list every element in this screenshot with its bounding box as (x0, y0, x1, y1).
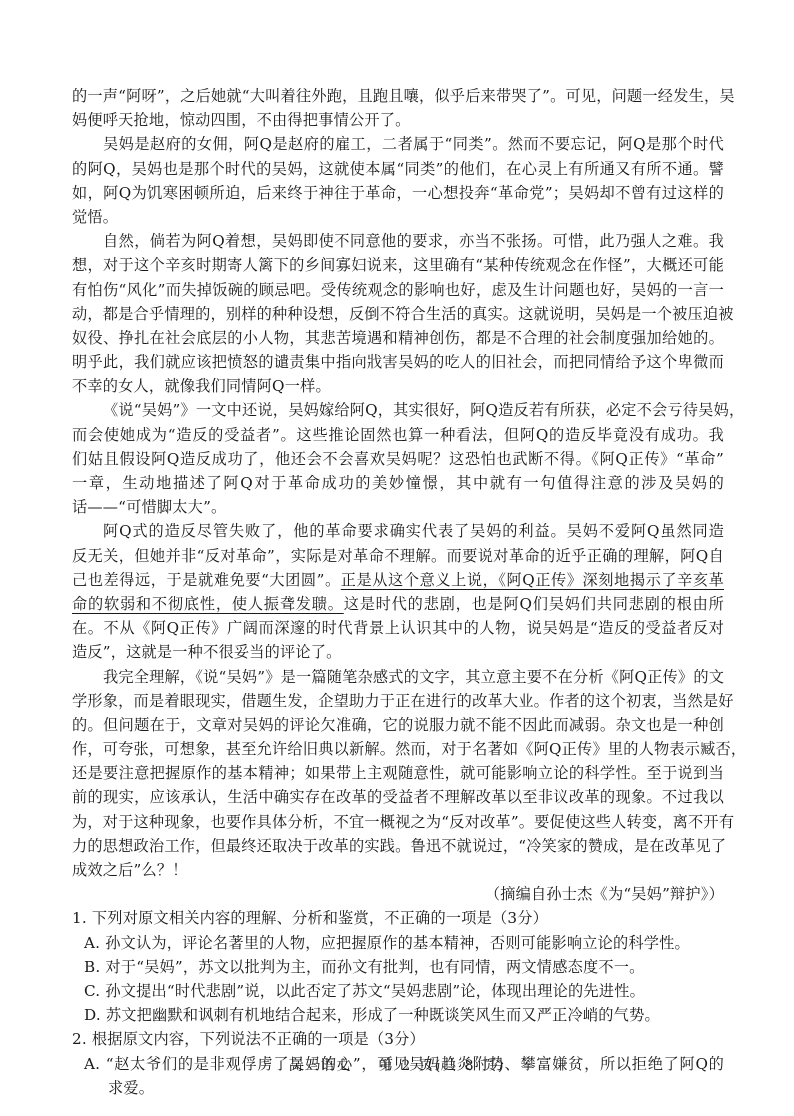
passage-line: 动，都是合乎情理的，别样的种种设想，反倒不符合生活的真实。这就说明，吴妈是一个被… (72, 302, 724, 326)
passage-line: 前的现实，应该承认，生活中确实存在改革的受益者不理解改革以至非议改革的现象。不过… (72, 785, 724, 809)
passage-line: 一章，生动地描述了阿Q对于革命成功的美妙憧憬，其中就有一句值得注意的涉及吴妈的 (72, 471, 724, 495)
passage-line: 觉悟。 (72, 205, 724, 229)
passage-line: 在。不从《阿Q正传》广阔而深邃的时代背景上认识其中的人物，说吴妈是“造反的受益者… (72, 616, 724, 640)
passage-line: 妈便呼天抢地，惊动四围，不由得把事情公开了。 (72, 108, 724, 132)
option-c: C. 孙文提出“时代悲剧”说，以此否定了苏文“吴妈悲剧”论，体现出理论的先进性。 (72, 979, 724, 1003)
passage-line: 的。但问题在于，文章对吴妈的评论欠准确，它的说服力就不能不因此而减弱。杂文也是一… (72, 713, 724, 737)
page-footer: 高三语文 第 2 页(共 8 页) (0, 1055, 794, 1075)
question-stem: 2. 根据原文内容，下列说法不正确的一项是（3分） (72, 1027, 724, 1051)
question-stem: 1. 下列对原文相关内容的理解、分析和鉴赏，不正确的一项是（3分） (72, 906, 724, 930)
footer-page-number: 第 2 页(共 8 页) (379, 1058, 506, 1074)
passage-line: 们姑且假设阿Q造反成功了，他还会不会喜欢吴妈呢？这恐怕也武断不得。《阿Q正传》“… (72, 447, 724, 471)
passage-line: 反无关，但她并非“反对革命”，实际是对革命不理解。而要说对革命的近乎正确的理解，… (72, 544, 724, 568)
passage-line: 想，对于这个辛亥时期寄人篱下的乡间寡妇说来，这里确有“某种传统观念在作怪”，大概… (72, 253, 724, 277)
passage-line: 力的思想政治工作，但最终还取决于改革的实践。鲁迅不就说过，“冷笑家的赞成，是在改… (72, 834, 724, 858)
passage-line: 造反”，这就是一种不很妥当的评论了。 (72, 640, 724, 664)
option-a-continuation: 求爱。 (72, 1076, 724, 1100)
passage-line: 的阿Q，吴妈也是那个时代的吴妈，这就使本属“同类”的他们，在心灵上有所通又有所不… (72, 157, 724, 181)
passage-line: 成效之后”么？！ (72, 858, 724, 882)
plain-text: 己也差得远，于是就难免要“大团圆”。 (72, 571, 341, 589)
plain-text: 这是时代的悲剧，也是阿Q们吴妈们共同悲剧的根由所 (344, 595, 724, 613)
passage-line: 作，可夸张，可想象，甚至允许给旧典以新解。然而，对于名著如《阿Q正传》里的人物表… (72, 737, 724, 761)
underlined-sentence: 命的软弱和不彻底性，使人振聋发聩。 (72, 595, 344, 613)
passage-line: 阿Q式的造反尽管失败了，他的革命要求确实代表了吴妈的利益。吴妈不爱阿Q虽然同造 (72, 519, 724, 543)
passage-line: 命的软弱和不彻底性，使人振聋发聩。这是时代的悲剧，也是阿Q们吴妈们共同悲剧的根由… (72, 592, 724, 616)
option-d: D. 苏文把幽默和讽刺有机地结合起来，形成了一种既谈笑风生而又严正冷峭的气势。 (72, 1003, 724, 1027)
passage-line: 还是要注意把握原作的基本精神；如果带上主观随意性，就可能影响立论的科学性。至于说… (72, 761, 724, 785)
passage-line: 明乎此，我们就应该把愤怒的谴责集中指向戕害吴妈的吃人的旧社会，而把同情给予这个卑… (72, 350, 724, 374)
passage-line: 《说“吴妈”》一文中还说，吴妈嫁给阿Q，其实很好，阿Q造反若有所获，必定不会亏待… (72, 398, 724, 422)
passage-line: 话——“可惜脚太大”。 (72, 495, 724, 519)
passage-line: 自然，倘若为阿Q着想，吴妈即使不同意他的要求，亦当不张扬。可惜，此乃强人之难。我 (72, 229, 724, 253)
passage-line: 不幸的女人，就像我们同情阿Q一样。 (72, 374, 724, 398)
option-a: A. 孙文认为，评论名著里的人物，应把握原作的基本精神，否则可能影响立论的科学性… (72, 931, 724, 955)
passage-line: 为，对于这种现象，也要作具体分析，不宜一概视之为“反对改革”。要促使这些人转变，… (72, 810, 724, 834)
option-b: B. 对于“吴妈”，苏文以批判为主，而孙文有批判，也有同情，两文情感态度不一。 (72, 955, 724, 979)
passage-line: 学形象，而是着眼现实，借题生发，企望助力于正在进行的改革大业。作者的这个初衷，当… (72, 689, 724, 713)
footer-subject: 高三语文 (289, 1058, 353, 1074)
exam-page-body: 的一声“阿呀”，之后她就“大叫着往外跑，且跑且嚷，似乎后来带哭了”。可见，问题一… (72, 84, 724, 1100)
question-1: 1. 下列对原文相关内容的理解、分析和鉴赏，不正确的一项是（3分） A. 孙文认… (72, 906, 724, 1027)
passage-line: 己也差得远，于是就难免要“大团圆”。正是从这个意义上说，《阿Q正传》深刻地揭示了… (72, 568, 724, 592)
underlined-sentence: 正是从这个意义上说，《阿Q正传》深刻地揭示了辛亥革 (341, 571, 724, 589)
passage-line: 如，阿Q为饥寒困顿所迫，后来终于神往于革命，一心想投奔“革命党”；吴妈却不曾有过… (72, 181, 724, 205)
passage-line: 而会使她成为“造反的受益者”。这些推论固然也算一种看法，但阿Q的造反毕竟没有成功… (72, 423, 724, 447)
passage-line: 有怕伤“风化”而失掉饭碗的顾忌吧。受传统观念的影响也好，虑及生计问题也好，吴妈的… (72, 278, 724, 302)
passage-line: 吴妈是赵府的女佣，阿Q是赵府的雇工，二者属于“同类”。然而不要忘记，阿Q是那个时… (72, 132, 724, 156)
passage-line: 奴役、挣扎在社会底层的小人物，其悲苦境遇和精神创伤，都是不合理的社会制度强加给她… (72, 326, 724, 350)
passage-source: （摘编自孙士杰《为“吴妈”辩护》） (72, 882, 724, 906)
passage-line: 我完全理解，《说“吴妈”》是一篇随笔杂感式的文字，其立意主要不在分析《阿Q正传》… (72, 665, 724, 689)
passage: 的一声“阿呀”，之后她就“大叫着往外跑，且跑且嚷，似乎后来带哭了”。可见，问题一… (72, 84, 724, 906)
passage-line: 的一声“阿呀”，之后她就“大叫着往外跑，且跑且嚷，似乎后来带哭了”。可见，问题一… (72, 84, 724, 108)
